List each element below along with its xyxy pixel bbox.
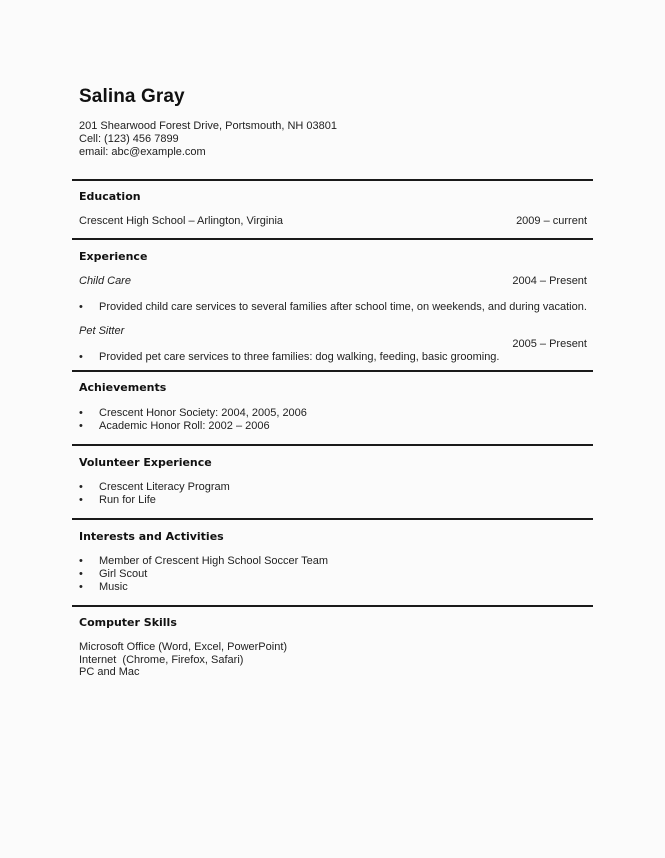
section-heading-experience: Experience [79, 250, 147, 263]
bullet-icon: • [79, 568, 99, 580]
skill-line: PC and Mac [79, 666, 287, 679]
list-item: •Run for Life [79, 494, 156, 506]
phone: Cell: (123) 456 7899 [79, 133, 337, 146]
bullet-icon: • [79, 494, 99, 506]
bullet-icon: • [79, 481, 99, 493]
section-divider [72, 238, 593, 240]
list-item: •Music [79, 581, 128, 593]
job-bullet: •Provided pet care services to three fam… [79, 351, 500, 363]
section-divider [72, 444, 593, 446]
section-heading-achievements: Achievements [79, 381, 166, 394]
job-title: Pet Sitter [79, 325, 124, 337]
education-school: Crescent High School – Arlington, Virgin… [79, 215, 283, 227]
section-heading-interests: Interests and Activities [79, 530, 224, 543]
list-item: •Academic Honor Roll: 2002 – 2006 [79, 420, 270, 432]
education-dates: 2009 – current [516, 215, 587, 227]
list-item: •Crescent Literacy Program [79, 481, 230, 493]
section-divider [72, 179, 593, 181]
job-bullet: •Provided child care services to several… [79, 301, 587, 313]
bullet-icon: • [79, 420, 99, 432]
list-item: •Girl Scout [79, 568, 147, 580]
job-title: Child Care [79, 275, 131, 287]
job-dates: 2005 – Present [512, 338, 587, 350]
resume-page: Salina Gray 201 Shearwood Forest Drive, … [0, 0, 665, 858]
skills-list: Microsoft Office (Word, Excel, PowerPoin… [79, 641, 287, 679]
address: 201 Shearwood Forest Drive, Portsmouth, … [79, 120, 337, 133]
email: email: abc@example.com [79, 146, 337, 159]
list-item: •Member of Crescent High School Soccer T… [79, 555, 328, 567]
section-divider [72, 605, 593, 607]
bullet-icon: • [79, 555, 99, 567]
skill-line: Microsoft Office (Word, Excel, PowerPoin… [79, 641, 287, 654]
section-heading-skills: Computer Skills [79, 616, 177, 629]
section-heading-education: Education [79, 190, 141, 203]
bullet-icon: • [79, 301, 99, 313]
bullet-icon: • [79, 407, 99, 419]
skill-line: Internet (Chrome, Firefox, Safari) [79, 654, 287, 667]
bullet-icon: • [79, 581, 99, 593]
contact-block: 201 Shearwood Forest Drive, Portsmouth, … [79, 120, 337, 159]
bullet-icon: • [79, 351, 99, 363]
section-divider [72, 370, 593, 372]
candidate-name: Salina Gray [79, 86, 185, 108]
list-item: •Crescent Honor Society: 2004, 2005, 200… [79, 407, 307, 419]
section-divider [72, 518, 593, 520]
section-heading-volunteer: Volunteer Experience [79, 456, 212, 469]
job-dates: 2004 – Present [512, 275, 587, 287]
